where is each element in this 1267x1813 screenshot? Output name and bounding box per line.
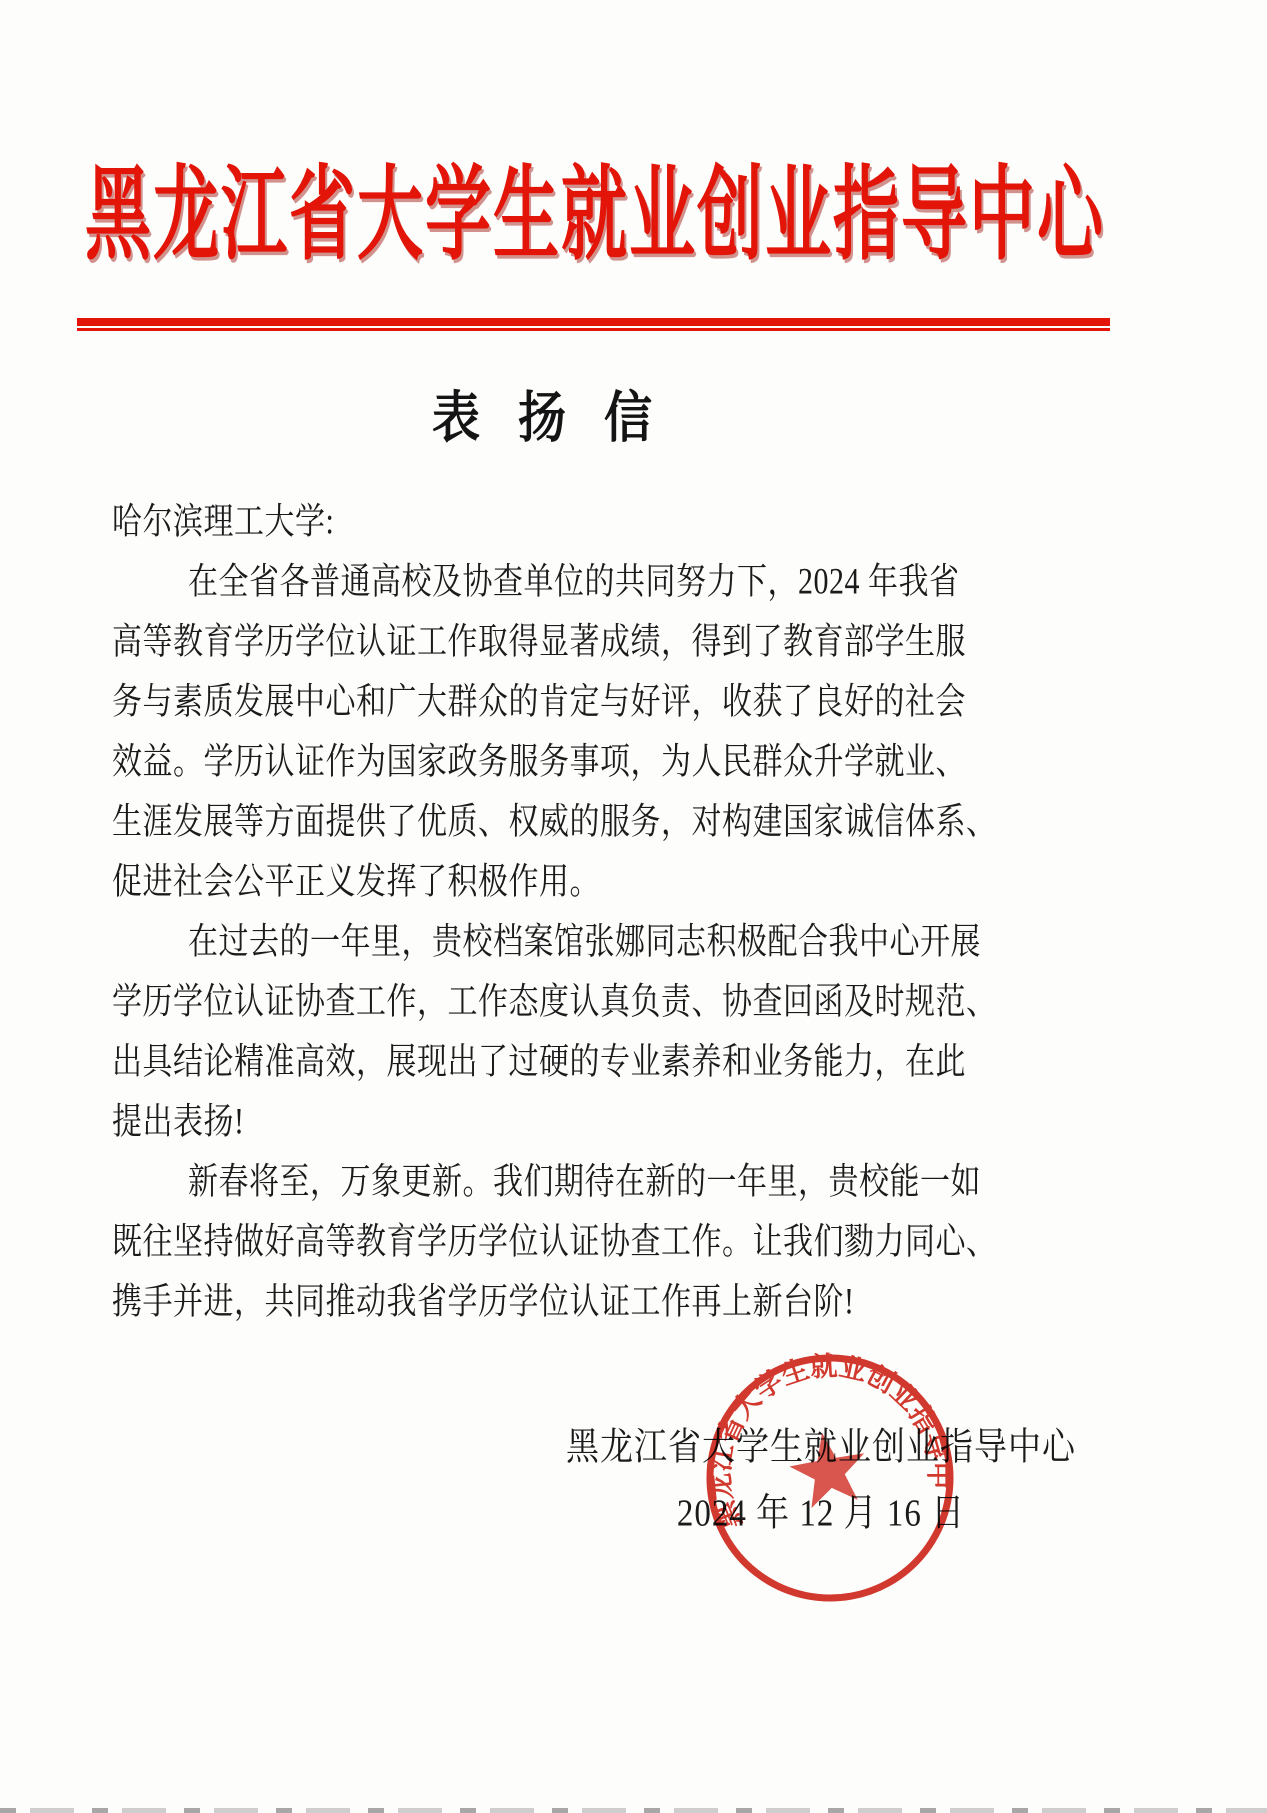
letter-title: 表 扬 信 <box>112 386 972 452</box>
divider-thin-line <box>77 328 1110 331</box>
official-seal: 黑龙江省大学生就业创业指导中心 <box>672 1320 987 1635</box>
letter-body: 哈尔滨理工大学: 在全省各普通高校及协查单位的共同努力下，2024 年我省 高等… <box>112 498 978 1338</box>
seal-ring-text: 黑龙江省大学生就业创业指导中心 <box>672 1320 959 1538</box>
letter-page: 黑龙江省大学生就业创业指导中心 表 扬 信 哈尔滨理工大学: 在全省各普通高校及… <box>0 0 1267 1813</box>
star-icon <box>785 1426 872 1510</box>
letterhead-org-name: 黑龙江省大学生就业创业指导中心 <box>85 166 1105 268</box>
letterhead-divider <box>77 318 1110 331</box>
svg-text:黑龙江省大学生就业创业指导中心: 黑龙江省大学生就业创业指导中心 <box>672 1320 959 1538</box>
scan-artifact <box>0 1808 1267 1813</box>
divider-thick-line <box>77 318 1110 326</box>
letterhead: 黑龙江省大学生就业创业指导中心 <box>80 166 1110 232</box>
